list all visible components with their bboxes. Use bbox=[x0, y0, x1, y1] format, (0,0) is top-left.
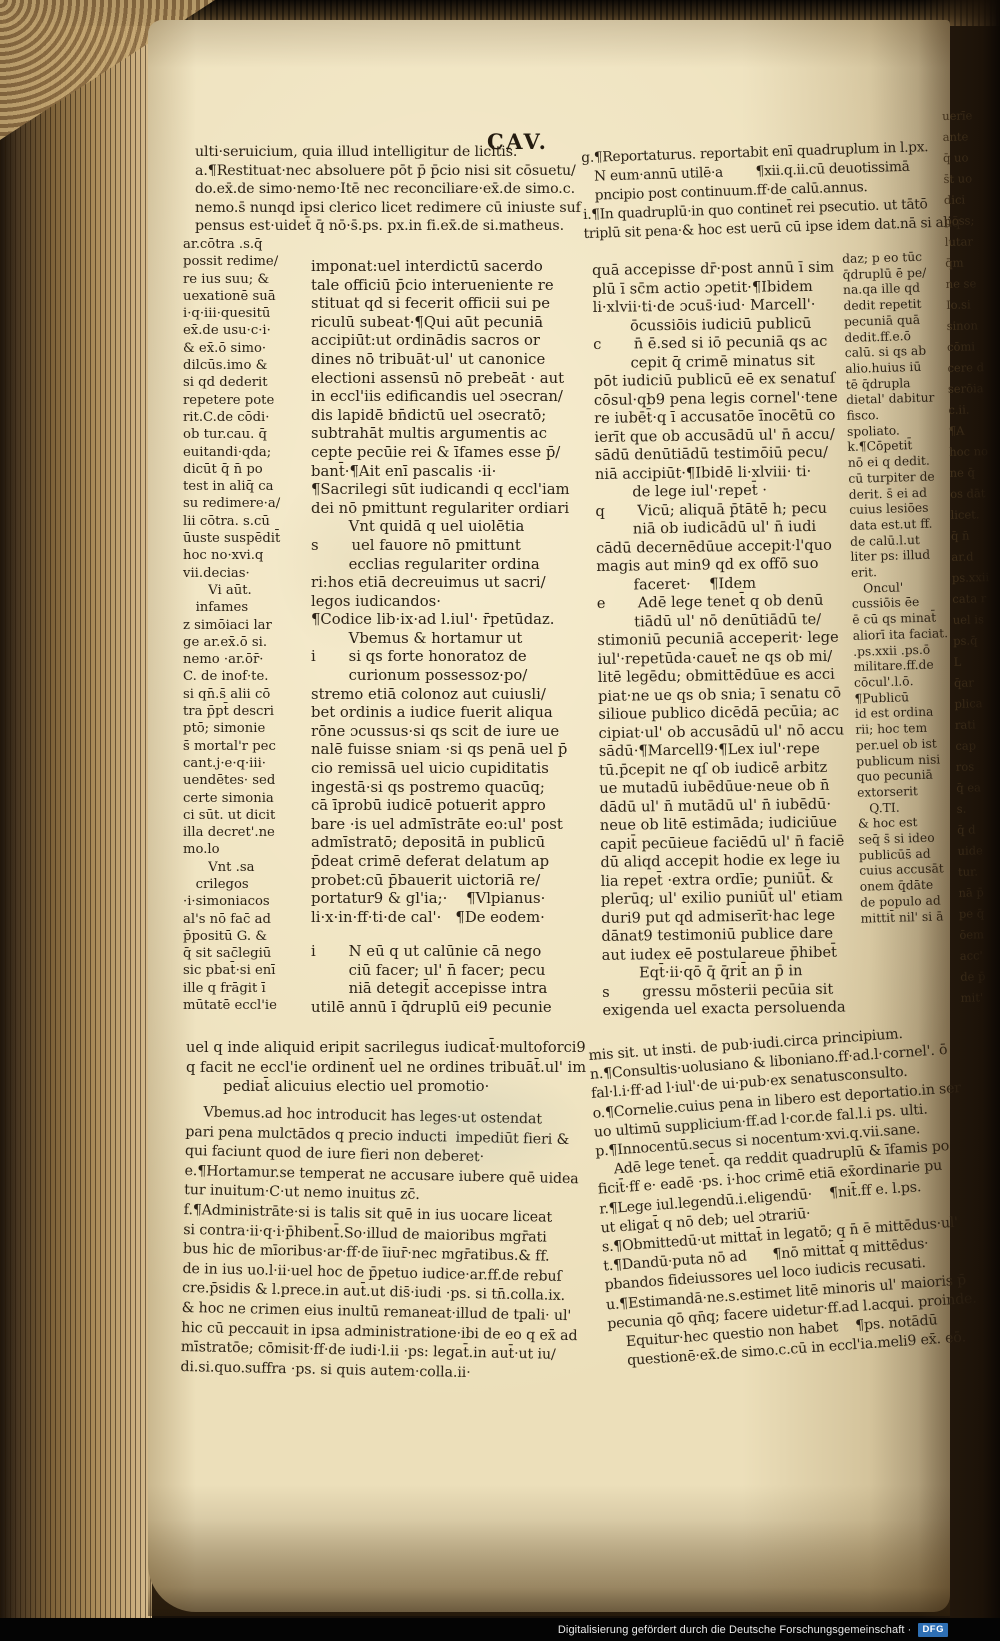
text-line: mit' bbox=[960, 987, 1000, 1009]
text-line: ille q frāgit ī bbox=[183, 980, 307, 997]
text-line: licet. bbox=[950, 504, 1000, 526]
text-line: dici bbox=[944, 189, 1000, 211]
text-line: ·i·simoniacos bbox=[183, 893, 307, 910]
text-line: cap bbox=[955, 735, 1000, 757]
text-line: tur. bbox=[958, 861, 1000, 883]
text-line: tale officiū p̄cio interueniente re bbox=[311, 277, 599, 296]
text-line: ptō; simonie bbox=[183, 720, 307, 737]
text-line: electioni assensū nō prebeāt · aut bbox=[311, 370, 599, 389]
text-line: nemo.s̄ nunqd ipsi clerico licet redimer… bbox=[195, 199, 595, 218]
text-line: repetere pote bbox=[183, 392, 307, 409]
main-text-center-column: imponat:uel interdictū sacerdotale offic… bbox=[311, 258, 599, 1017]
text-line: ciū facer; ul' n̄ facer; pecu bbox=[311, 962, 599, 981]
text-line: q̄ar bbox=[954, 672, 1000, 694]
right-margin-gloss: daz; p eo tūcq̄druplū ē pe/na.qa ille qd… bbox=[842, 249, 961, 927]
text-line: s̄ mortal'r pec bbox=[183, 738, 307, 755]
text-line: Vi aūt. bbox=[183, 582, 307, 599]
page-stack-left-edge bbox=[0, 0, 152, 1641]
text-line: al's nō fac̄ ad bbox=[183, 911, 307, 928]
text-line: test in aliq̄ ca bbox=[183, 478, 307, 495]
text-line: vii.decias· bbox=[183, 565, 307, 582]
main-text-right-column: quā accepisse dr̄·post annū ī simplū ī s… bbox=[592, 258, 877, 1020]
text-line: cio remissā uel uicio cupiditatis bbox=[311, 760, 599, 779]
text-line: s̄t uo bbox=[943, 168, 1000, 190]
text-line: Vnt .sa bbox=[183, 859, 307, 876]
text-line: ros bbox=[956, 756, 1000, 778]
text-line: probet:cū p̄bauerit uictoriā re/ bbox=[311, 872, 599, 891]
text-line: admīstratō; depositā in publicū bbox=[311, 834, 599, 853]
text-line: quā accepisse dr̄·post annū ī sim bbox=[592, 258, 866, 280]
text-line: Vnt quidā q uel uiolētia bbox=[311, 518, 599, 537]
text-line: dilcūs.imo & bbox=[183, 357, 307, 374]
text-line: & ex̄.ō simo· bbox=[183, 340, 307, 357]
text-line: p̄deat crimē deferat delatum ap bbox=[311, 853, 599, 872]
text-line: q̄m bbox=[945, 252, 1000, 274]
text-line: bant̄·¶Ait enī pascalis ·ii· bbox=[311, 463, 599, 482]
text-line: cōmi bbox=[947, 336, 1000, 358]
text-line: L bbox=[953, 651, 1000, 673]
text-line: duri9 put qd admiserīt·hac lege bbox=[601, 906, 875, 928]
text-line: niā detegit̄ accepisse intra bbox=[311, 980, 599, 999]
text-line: ¶Sacrilegi sūt iudicandi q eccl'iam bbox=[311, 481, 599, 500]
text-line: ante bbox=[942, 126, 1000, 148]
text-line: in eccl'iis edificandis uel ɔsecran/ bbox=[311, 388, 599, 407]
text-line: dicūt q̄ n̄ po bbox=[183, 461, 307, 478]
text-line: s. bbox=[957, 798, 1000, 820]
text-line: stituat qd si fecerit officii sui pe bbox=[311, 295, 599, 314]
text-line: imponat:uel interdictū sacerdo bbox=[311, 258, 599, 277]
text-line: cata r bbox=[952, 588, 1000, 610]
text-line: uexationē suā bbox=[183, 288, 307, 305]
text-line: i N eū q ut calūnie cā nego bbox=[311, 943, 599, 962]
text-line: dis lapidē bn̄dictū uel ɔsecratō; bbox=[311, 407, 599, 426]
text-line: ecclias regulariter ordina bbox=[311, 556, 599, 575]
text-line: acc' bbox=[960, 945, 1000, 967]
text-line: illa decret'.ne bbox=[183, 824, 307, 841]
gloss-top-left-block: ulti·seruicium, quia illud intelligitur … bbox=[195, 143, 595, 236]
text-line: re ius suu; & bbox=[183, 271, 307, 288]
text-line: q facit ne eccl'ie ordinent̄ uel ne ordi… bbox=[186, 1058, 622, 1078]
text-line: de p̄ bbox=[960, 966, 1000, 988]
text-line: pediat̄ alicuius electio uel promotio· bbox=[186, 1077, 622, 1097]
text-line: cādū decernēdūue accepit·l'quo bbox=[596, 536, 870, 558]
gloss-top-right-block: g.¶Reportaturus. reportabit enī quadrupl… bbox=[581, 138, 934, 244]
text-line: ne q̄ bbox=[949, 462, 1000, 484]
bottom-left-gloss-block: Vbemus.ad hoc introducit has leges·ut os… bbox=[180, 1103, 624, 1386]
text-line: Vbemus & hortamur ut bbox=[311, 630, 599, 649]
text-line: uel is bbox=[953, 609, 1000, 631]
text-line: i si qs forte honoratoz de bbox=[311, 648, 599, 667]
text-line: s uel fauore nō pmittunt bbox=[311, 537, 599, 556]
text-line: sic pbat̄·si enī bbox=[183, 962, 307, 979]
text-line: exigenda uel exacta persoluenda bbox=[602, 998, 876, 1020]
text-line: ge ar.ex̄.ō si. bbox=[183, 634, 307, 651]
text-line: crilegos bbox=[183, 876, 307, 893]
text-line: rati bbox=[955, 714, 1000, 736]
digitization-credit-text: Digitalisierung gefördert durch die Deut… bbox=[558, 1624, 912, 1636]
text-line: nemo ·ar.ōr̄· bbox=[183, 651, 307, 668]
text-line: bet ordinis a iudice fuerit aliqua bbox=[311, 704, 599, 723]
text-line: Io.si bbox=[946, 294, 1000, 316]
text-line: z simōiaci lar bbox=[183, 617, 307, 634]
text-line: possit redime/ bbox=[183, 253, 307, 270]
text-line: serōia bbox=[948, 378, 1000, 400]
text-line: ci sūt. ut dicit bbox=[183, 807, 307, 824]
text-line: utilē annū ī q̄druplū ei9 pecunie bbox=[311, 999, 599, 1018]
text-line: rit.C.de cōdi· bbox=[183, 409, 307, 426]
text-line: ingestā·si qs postremo quacūq; bbox=[311, 779, 599, 798]
text-line: infames bbox=[183, 599, 307, 616]
text-line: ps.q̄ bbox=[953, 630, 1000, 652]
text-line: dietal' dabitur bbox=[846, 390, 946, 408]
text-line: euitandi·qda; bbox=[183, 444, 307, 461]
text-line: cant.j·e·q·iii· bbox=[183, 755, 307, 772]
text-line: q̄ n̄ bbox=[951, 525, 1000, 547]
text-line: ar.d bbox=[951, 546, 1000, 568]
text-line: q̄ uo bbox=[943, 147, 1000, 169]
text-line: q̄ d bbox=[957, 819, 1000, 841]
text-line: certe simonia bbox=[183, 790, 307, 807]
text-line: tra p̄pt̄ descri bbox=[183, 703, 307, 720]
text-line: rōne ɔcussus·si qs scit de iure ue bbox=[311, 723, 599, 742]
scan-footer-bar: Digitalisierung gefördert durch die Deut… bbox=[0, 1618, 1000, 1641]
text-line: ps.xxii bbox=[952, 567, 1000, 589]
text-line: riculū subeat·¶Qui aūt pecuniā bbox=[311, 314, 599, 333]
text-line: C. de inof·te. bbox=[183, 668, 307, 685]
text-line: aut iudex eē postulareue p̄hibet̄ bbox=[602, 943, 876, 965]
text-line: cipiat·ul' ob accusādū ul' nō accu bbox=[598, 721, 872, 743]
text-line: curionum possessoz·po/ bbox=[311, 667, 599, 686]
text-line: bare ·is uel admīstrāte eo:ul' post bbox=[311, 816, 599, 835]
text-line: ōem bbox=[959, 924, 1000, 946]
text-line: mūtatē eccl'ie bbox=[183, 997, 307, 1014]
text-line: q̄ ea bbox=[956, 777, 1000, 799]
text-line: dines nō tribuāt·ul' ut canonice bbox=[311, 351, 599, 370]
text-line: accipiūt:ut ordinādis sacros or bbox=[311, 332, 599, 351]
bottom-right-gloss-block: mis sit. ut insti. de pub·iudi.circa pri… bbox=[588, 1022, 966, 1372]
text-line: hoc no·xvi.q bbox=[183, 547, 307, 564]
text-line: pe q̄ bbox=[959, 903, 1000, 925]
text-line: a.¶Restituat·nec absoluere pōt p̄ p̄cio … bbox=[195, 162, 595, 181]
text-line: li·x·in·ff·ti·de cal'· ¶De eodem· bbox=[311, 909, 599, 928]
text-line: ¶A bbox=[949, 420, 1000, 442]
text-line: ob tur.cau. q̄ bbox=[183, 426, 307, 443]
text-line: si qn̄.s̄ alii cō bbox=[183, 686, 307, 703]
text-line: cā īprobū iudicē potuerit appro bbox=[311, 797, 599, 816]
text-line: ri:hos etiā decreuimus ut sacri/ bbox=[311, 574, 599, 593]
text-line: su redimere·a/ bbox=[183, 495, 307, 512]
text-line: uel q inde aliquid eripit sacrilegus iud… bbox=[186, 1038, 622, 1058]
text-line: nalē fuisse sniam ·si qs penā uel p̄ bbox=[311, 741, 599, 760]
text-line: ūuste suspēdit̄ bbox=[183, 530, 307, 547]
text-line: pensus est·uidet̄ q̄ nō·s̄.ps. px.in fi.… bbox=[195, 217, 595, 236]
text-line: ¶Codice lib·ix·ad l.iul'· r̄petūdaz. bbox=[311, 611, 599, 630]
text-line: c n̄ ē.sed si iō pecuniā qs ac bbox=[593, 332, 867, 354]
text-line: q̄ sit sac̄legiū bbox=[183, 945, 307, 962]
text-line: ar.cōtra .s.q̄ bbox=[183, 236, 307, 253]
text-line: mo.lo bbox=[183, 841, 307, 858]
left-margin-gloss: ar.cōtra .s.q̄possit redime/re ius suu; … bbox=[183, 236, 307, 1014]
text-line: hoc no bbox=[949, 441, 1000, 463]
text-line: cere d bbox=[947, 357, 1000, 379]
text-line: do.ex̄.de simo·nemo·Itē nec reconciliare… bbox=[195, 180, 595, 199]
text-line: c.ii. bbox=[948, 399, 1000, 421]
text-line: cepte pecūie rei & īfames esse p̄/ bbox=[311, 444, 599, 463]
text-line: sinon bbox=[946, 315, 1000, 337]
text-line: lii cōtra. s.cū bbox=[183, 513, 307, 530]
text-line: uendētes· sed bbox=[183, 772, 307, 789]
text-line: ne se bbox=[946, 273, 1000, 295]
text-line: nā p̄ bbox=[958, 882, 1000, 904]
text-line: lutar bbox=[945, 231, 1000, 253]
book-scan: CAV. ulti·seruicium, quia illud intellig… bbox=[0, 0, 1000, 1641]
mid-full-width-block: uel q inde aliquid eripit sacrilegus iud… bbox=[186, 1038, 622, 1097]
text-line: subtrahāt multis argumentis ac bbox=[311, 425, 599, 444]
text-line: ex̄.de usu·c·i· bbox=[183, 322, 307, 339]
text-line: mittit̄ nil' si ā bbox=[860, 908, 960, 926]
text-line: poss; bbox=[944, 210, 1000, 232]
text-line: ulti·seruicium, quia illud intelligitur … bbox=[195, 143, 595, 162]
text-line: p̄positū G. & bbox=[183, 928, 307, 945]
text-line: os dāt bbox=[950, 483, 1000, 505]
text-line: cū turpiter de bbox=[848, 469, 948, 487]
text-line: plica bbox=[954, 693, 1000, 715]
text-line bbox=[311, 927, 599, 943]
text-line: uerīe bbox=[942, 105, 1000, 127]
text-line: sādū denūtiādū testimōiū pecu/ bbox=[595, 443, 869, 465]
text-line: si qd dederit bbox=[183, 374, 307, 391]
text-line: uide bbox=[957, 840, 1000, 862]
text-line: legos iudicandos· bbox=[311, 593, 599, 612]
text-line: aliorī ita faciat. bbox=[853, 626, 953, 644]
text-line: i·q·iii·quesitū bbox=[183, 305, 307, 322]
text-line: stremo etiā colonoz aut cuiusli/ bbox=[311, 686, 599, 705]
text-line: dei nō pmittunt regulariter ordiari bbox=[311, 500, 599, 519]
text-line: portatur9 & gl'ia;· ¶Vlpianus· bbox=[311, 890, 599, 909]
dfg-logo-icon: DFG bbox=[918, 1623, 948, 1637]
